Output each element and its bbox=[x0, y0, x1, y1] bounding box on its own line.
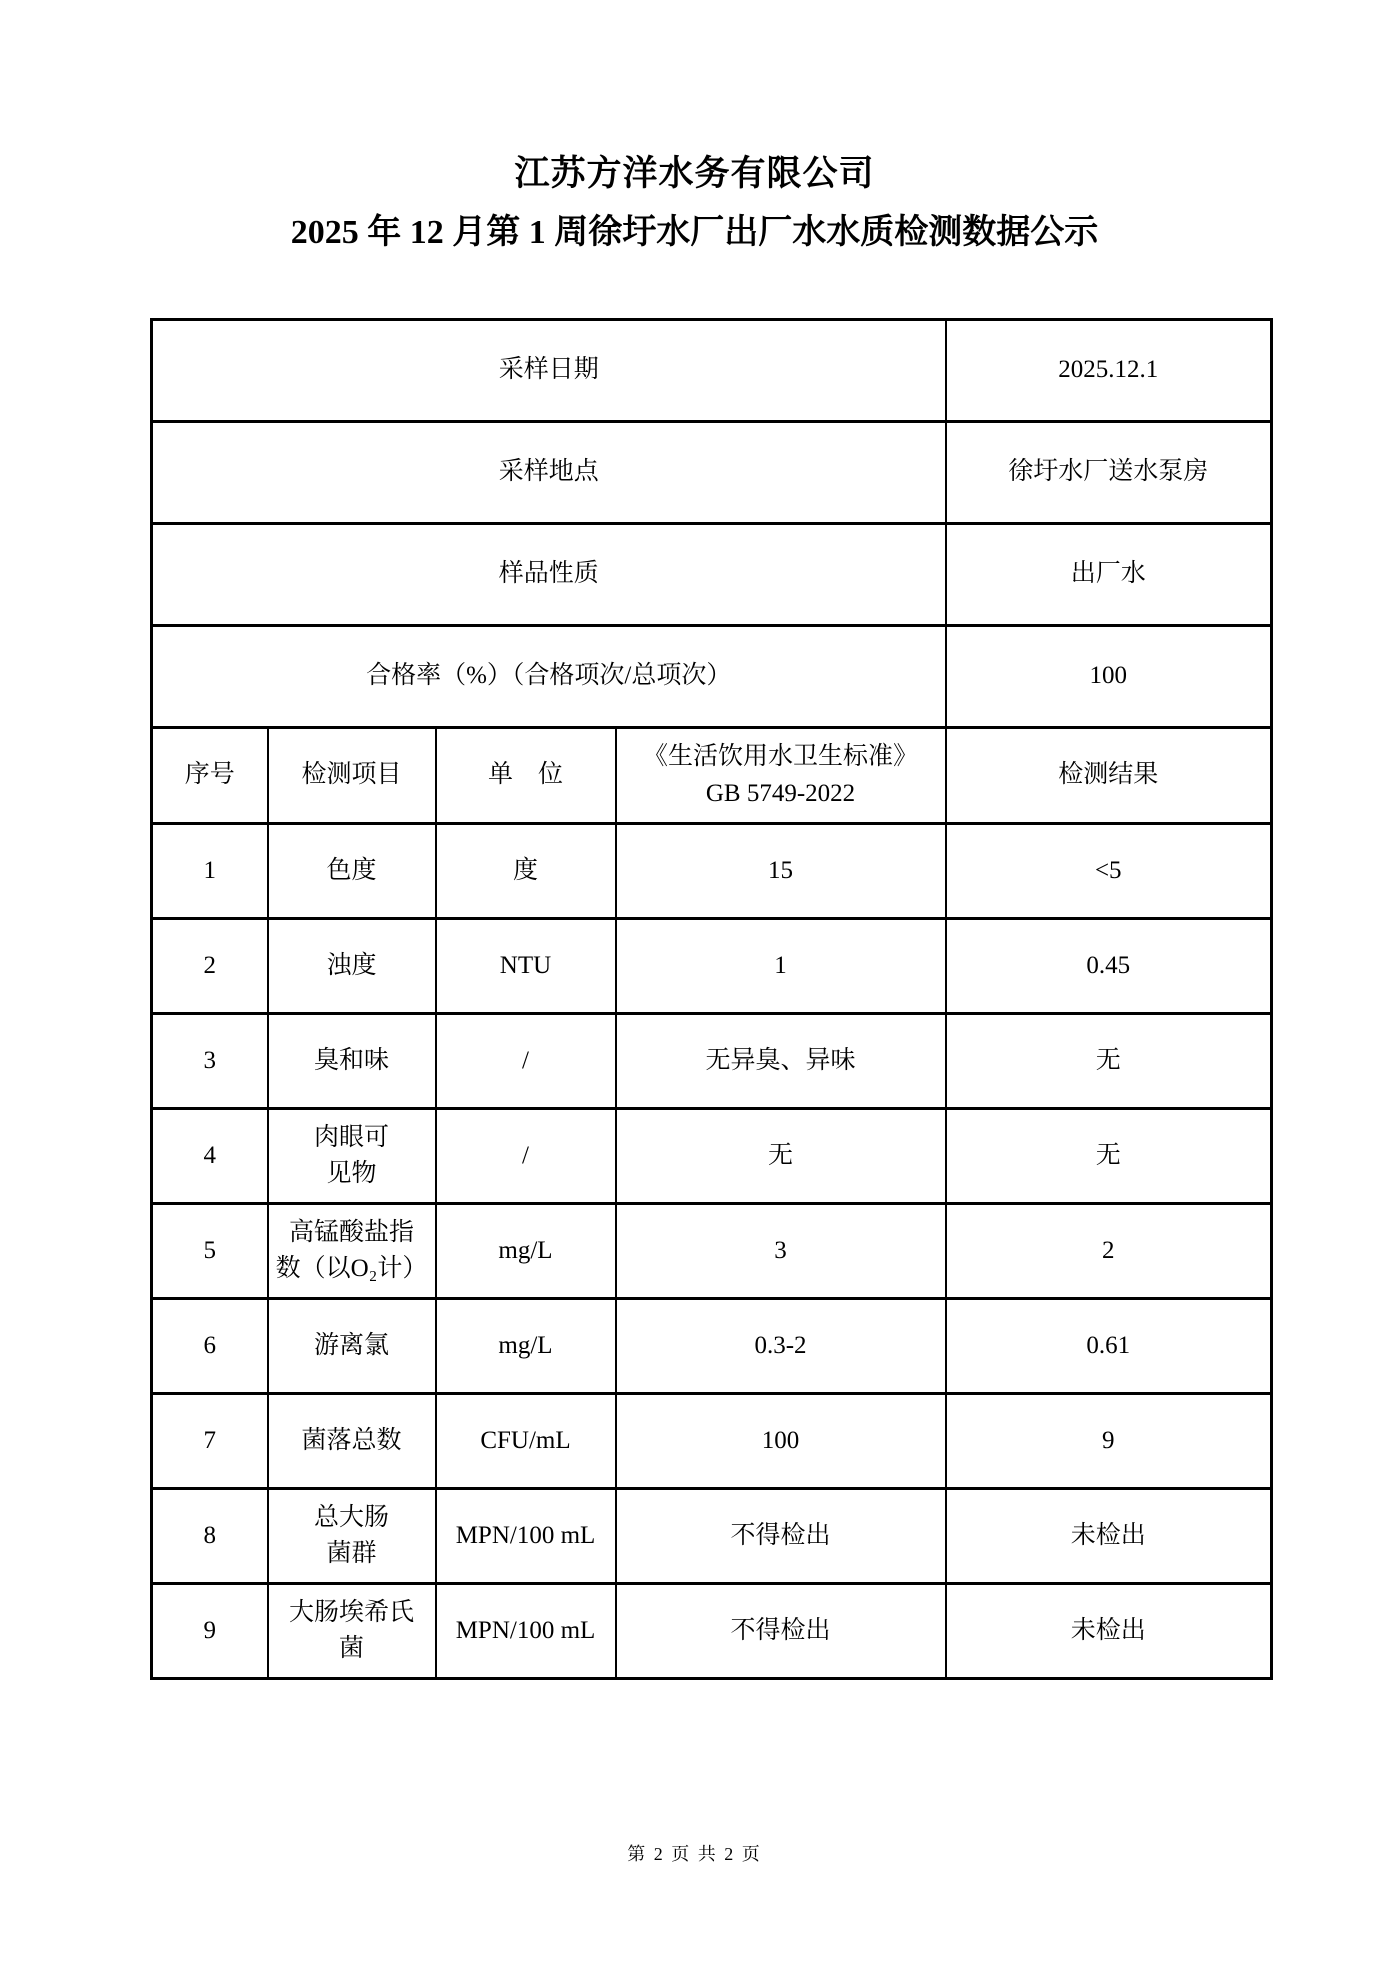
company-title: 江苏方洋水务有限公司 bbox=[0, 146, 1389, 196]
info-label: 采样地点 bbox=[152, 422, 946, 524]
cell-standard: 1 bbox=[616, 919, 946, 1014]
cell-unit: CFU/mL bbox=[436, 1394, 616, 1489]
report-title: 2025 年 12 月第 1 周徐圩水厂出厂水水质检测数据公示 bbox=[0, 204, 1389, 253]
header-no: 序号 bbox=[152, 728, 268, 824]
cell-no: 4 bbox=[152, 1109, 268, 1204]
cell-standard: 3 bbox=[616, 1204, 946, 1299]
cell-standard: 0.3-2 bbox=[616, 1299, 946, 1394]
table-row: 2 浊度 NTU 1 0.45 bbox=[152, 919, 1272, 1014]
cell-item: 总大肠 菌群 bbox=[268, 1489, 436, 1584]
document-page: 江苏方洋水务有限公司 2025 年 12 月第 1 周徐圩水厂出厂水水质检测数据… bbox=[0, 0, 1389, 1964]
cell-standard: 无异臭、异味 bbox=[616, 1014, 946, 1109]
table-row: 9 大肠埃希氏 菌 MPN/100 mL 不得检出 未检出 bbox=[152, 1584, 1272, 1679]
cell-unit: / bbox=[436, 1109, 616, 1204]
info-row-sampling-location: 采样地点 徐圩水厂送水泵房 bbox=[152, 422, 1272, 524]
header-standard: 《生活饮用水卫生标准》 GB 5749-2022 bbox=[616, 728, 946, 824]
table-row: 1 色度 度 15 <5 bbox=[152, 824, 1272, 919]
cell-standard: 15 bbox=[616, 824, 946, 919]
cell-unit: MPN/100 mL bbox=[436, 1584, 616, 1679]
cell-standard: 100 bbox=[616, 1394, 946, 1489]
table-row: 5 高锰酸盐指 数（以O₂计） mg/L 3 2 bbox=[152, 1204, 1272, 1299]
cell-unit: mg/L bbox=[436, 1299, 616, 1394]
table-row: 3 臭和味 / 无异臭、异味 无 bbox=[152, 1014, 1272, 1109]
cell-result: <5 bbox=[946, 824, 1272, 919]
header-item: 检测项目 bbox=[268, 728, 436, 824]
cell-result: 2 bbox=[946, 1204, 1272, 1299]
cell-unit: NTU bbox=[436, 919, 616, 1014]
info-value: 100 bbox=[946, 626, 1272, 728]
cell-item: 游离氯 bbox=[268, 1299, 436, 1394]
cell-result: 未检出 bbox=[946, 1584, 1272, 1679]
cell-item: 大肠埃希氏 菌 bbox=[268, 1584, 436, 1679]
cell-result: 0.61 bbox=[946, 1299, 1272, 1394]
header-unit: 单 位 bbox=[436, 728, 616, 824]
cell-result: 0.45 bbox=[946, 919, 1272, 1014]
cell-unit: / bbox=[436, 1014, 616, 1109]
cell-no: 1 bbox=[152, 824, 268, 919]
cell-no: 5 bbox=[152, 1204, 268, 1299]
info-value: 徐圩水厂送水泵房 bbox=[946, 422, 1272, 524]
cell-no: 2 bbox=[152, 919, 268, 1014]
cell-standard: 不得检出 bbox=[616, 1489, 946, 1584]
cell-item: 肉眼可 见物 bbox=[268, 1109, 436, 1204]
cell-unit: mg/L bbox=[436, 1204, 616, 1299]
cell-standard: 无 bbox=[616, 1109, 946, 1204]
info-row-pass-rate: 合格率（%）（合格项次/总项次） 100 bbox=[152, 626, 1272, 728]
cell-unit: MPN/100 mL bbox=[436, 1489, 616, 1584]
cell-result: 无 bbox=[946, 1014, 1272, 1109]
info-row-sampling-date: 采样日期 2025.12.1 bbox=[152, 320, 1272, 422]
cell-result: 无 bbox=[946, 1109, 1272, 1204]
cell-result: 9 bbox=[946, 1394, 1272, 1489]
cell-item: 浊度 bbox=[268, 919, 436, 1014]
info-label: 采样日期 bbox=[152, 320, 946, 422]
cell-no: 3 bbox=[152, 1014, 268, 1109]
cell-standard: 不得检出 bbox=[616, 1584, 946, 1679]
info-label: 合格率（%）（合格项次/总项次） bbox=[152, 626, 946, 728]
cell-item: 臭和味 bbox=[268, 1014, 436, 1109]
info-value: 出厂水 bbox=[946, 524, 1272, 626]
table-header-row: 序号 检测项目 单 位 《生活饮用水卫生标准》 GB 5749-2022 检测结… bbox=[152, 728, 1272, 824]
cell-item: 菌落总数 bbox=[268, 1394, 436, 1489]
info-value: 2025.12.1 bbox=[946, 320, 1272, 422]
cell-no: 6 bbox=[152, 1299, 268, 1394]
cell-unit: 度 bbox=[436, 824, 616, 919]
water-quality-table: 采样日期 2025.12.1 采样地点 徐圩水厂送水泵房 样品性质 出厂水 合格… bbox=[150, 318, 1273, 1680]
table-row: 7 菌落总数 CFU/mL 100 9 bbox=[152, 1394, 1272, 1489]
info-label: 样品性质 bbox=[152, 524, 946, 626]
table-row: 6 游离氯 mg/L 0.3-2 0.61 bbox=[152, 1299, 1272, 1394]
cell-result: 未检出 bbox=[946, 1489, 1272, 1584]
cell-no: 8 bbox=[152, 1489, 268, 1584]
cell-item: 高锰酸盐指 数（以O₂计） bbox=[268, 1204, 436, 1299]
cell-item: 色度 bbox=[268, 824, 436, 919]
table-row: 4 肉眼可 见物 / 无 无 bbox=[152, 1109, 1272, 1204]
table-row: 8 总大肠 菌群 MPN/100 mL 不得检出 未检出 bbox=[152, 1489, 1272, 1584]
header-result: 检测结果 bbox=[946, 728, 1272, 824]
page-footer: 第 2 页 共 2 页 bbox=[0, 1840, 1389, 1866]
cell-no: 9 bbox=[152, 1584, 268, 1679]
info-row-sample-type: 样品性质 出厂水 bbox=[152, 524, 1272, 626]
cell-no: 7 bbox=[152, 1394, 268, 1489]
